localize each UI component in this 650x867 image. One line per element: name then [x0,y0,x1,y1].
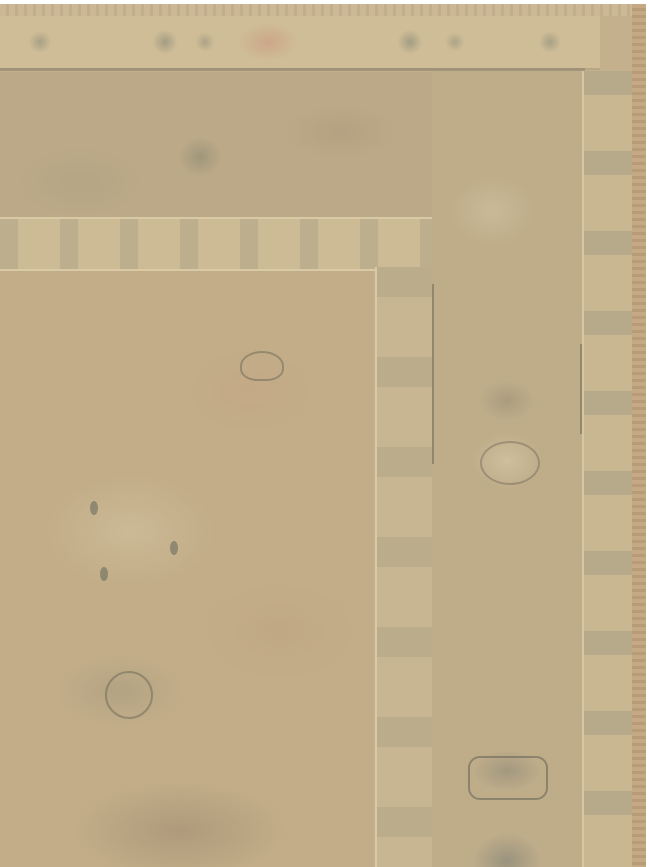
main-border-top-band [0,16,600,70]
leaf-motif [100,567,108,581]
floral-motif [240,351,284,381]
leaf-motif [170,541,178,555]
inner-border-right-band [375,267,436,867]
central-field [0,271,373,867]
outer-guard-top-band [0,4,646,16]
right-edge-selvage [632,4,646,867]
border-divider-line [432,284,434,464]
inner-border-top-band [0,217,432,271]
cartouche-motif [468,756,548,800]
leaf-motif [90,501,98,515]
rug-photo [0,4,646,867]
medallion-motif [480,441,540,485]
right-outer-border-band [432,71,582,867]
floral-motif [105,671,153,719]
